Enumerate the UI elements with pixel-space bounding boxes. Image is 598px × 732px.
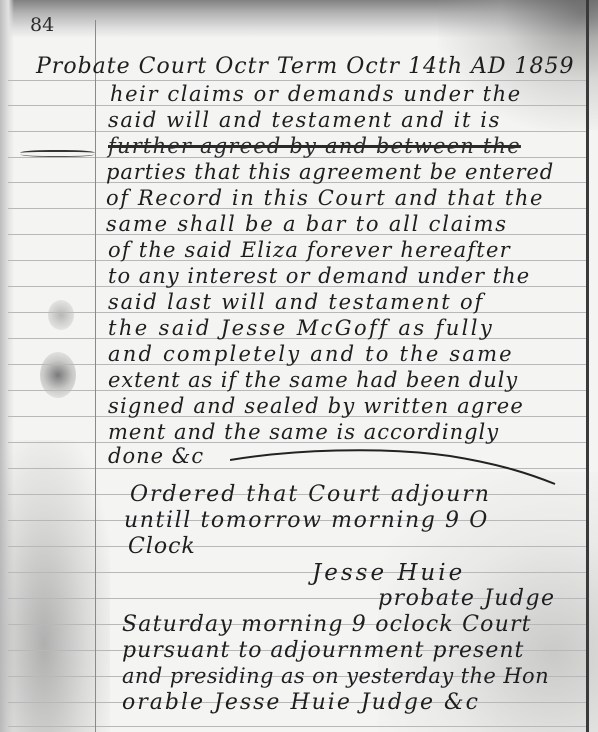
court-session-heading: Probate Court Octr Term Octr 14th AD 185… — [36, 56, 575, 78]
body-line: of Record in this Court and that the — [106, 188, 544, 209]
judge-signature: Jesse Huie — [312, 562, 465, 585]
body-line: done &c — [108, 446, 204, 467]
body-line: and completely and to the same — [108, 344, 514, 365]
body-line: of the said Eliza forever hereafter — [108, 240, 511, 261]
body-line: the said Jesse McGoff as fully — [108, 318, 494, 339]
body-line: to any interest or demand under the — [108, 266, 530, 287]
body-line: signed and sealed by written agree — [108, 396, 524, 417]
closing-line: Saturday morning 9 oclock Court — [122, 614, 532, 636]
closing-line: pursuant to adjournment present — [122, 640, 524, 662]
adjournment-line: Ordered that Court adjourn — [130, 484, 491, 506]
water-stain-left — [0, 440, 110, 732]
page-right-border — [586, 0, 589, 732]
strike-through-mark — [20, 150, 95, 157]
page-number: 84 — [30, 14, 54, 36]
body-line: heir claims or demands under the — [110, 84, 522, 105]
adjournment-line: Clock — [128, 536, 196, 558]
ledger-page: 84 Probate Court Octr Term Octr 14th AD … — [0, 0, 598, 732]
body-line: same shall be a bar to all claims — [106, 214, 508, 235]
closing-line: and presiding as on yesterday the Hon — [122, 666, 549, 687]
adjournment-line: untill tomorrow morning 9 O — [124, 510, 489, 532]
closing-line: orable Jesse Huie Judge &c — [122, 692, 480, 714]
body-line: said will and testament and it is — [108, 110, 501, 131]
ink-blot-small — [48, 300, 74, 330]
body-line: said last will and testament of — [108, 292, 484, 313]
body-line: extent as if the same had been duly — [108, 370, 518, 391]
judge-title: probate Judge — [378, 588, 556, 610]
body-line: parties that this agreement be entered — [106, 162, 554, 183]
closing-flourish — [230, 446, 560, 486]
body-line-struck: further agreed by and between the — [108, 136, 521, 157]
ink-blot — [40, 352, 76, 398]
body-line: ment and the same is accordingly — [108, 422, 499, 443]
margin-line — [95, 20, 96, 732]
